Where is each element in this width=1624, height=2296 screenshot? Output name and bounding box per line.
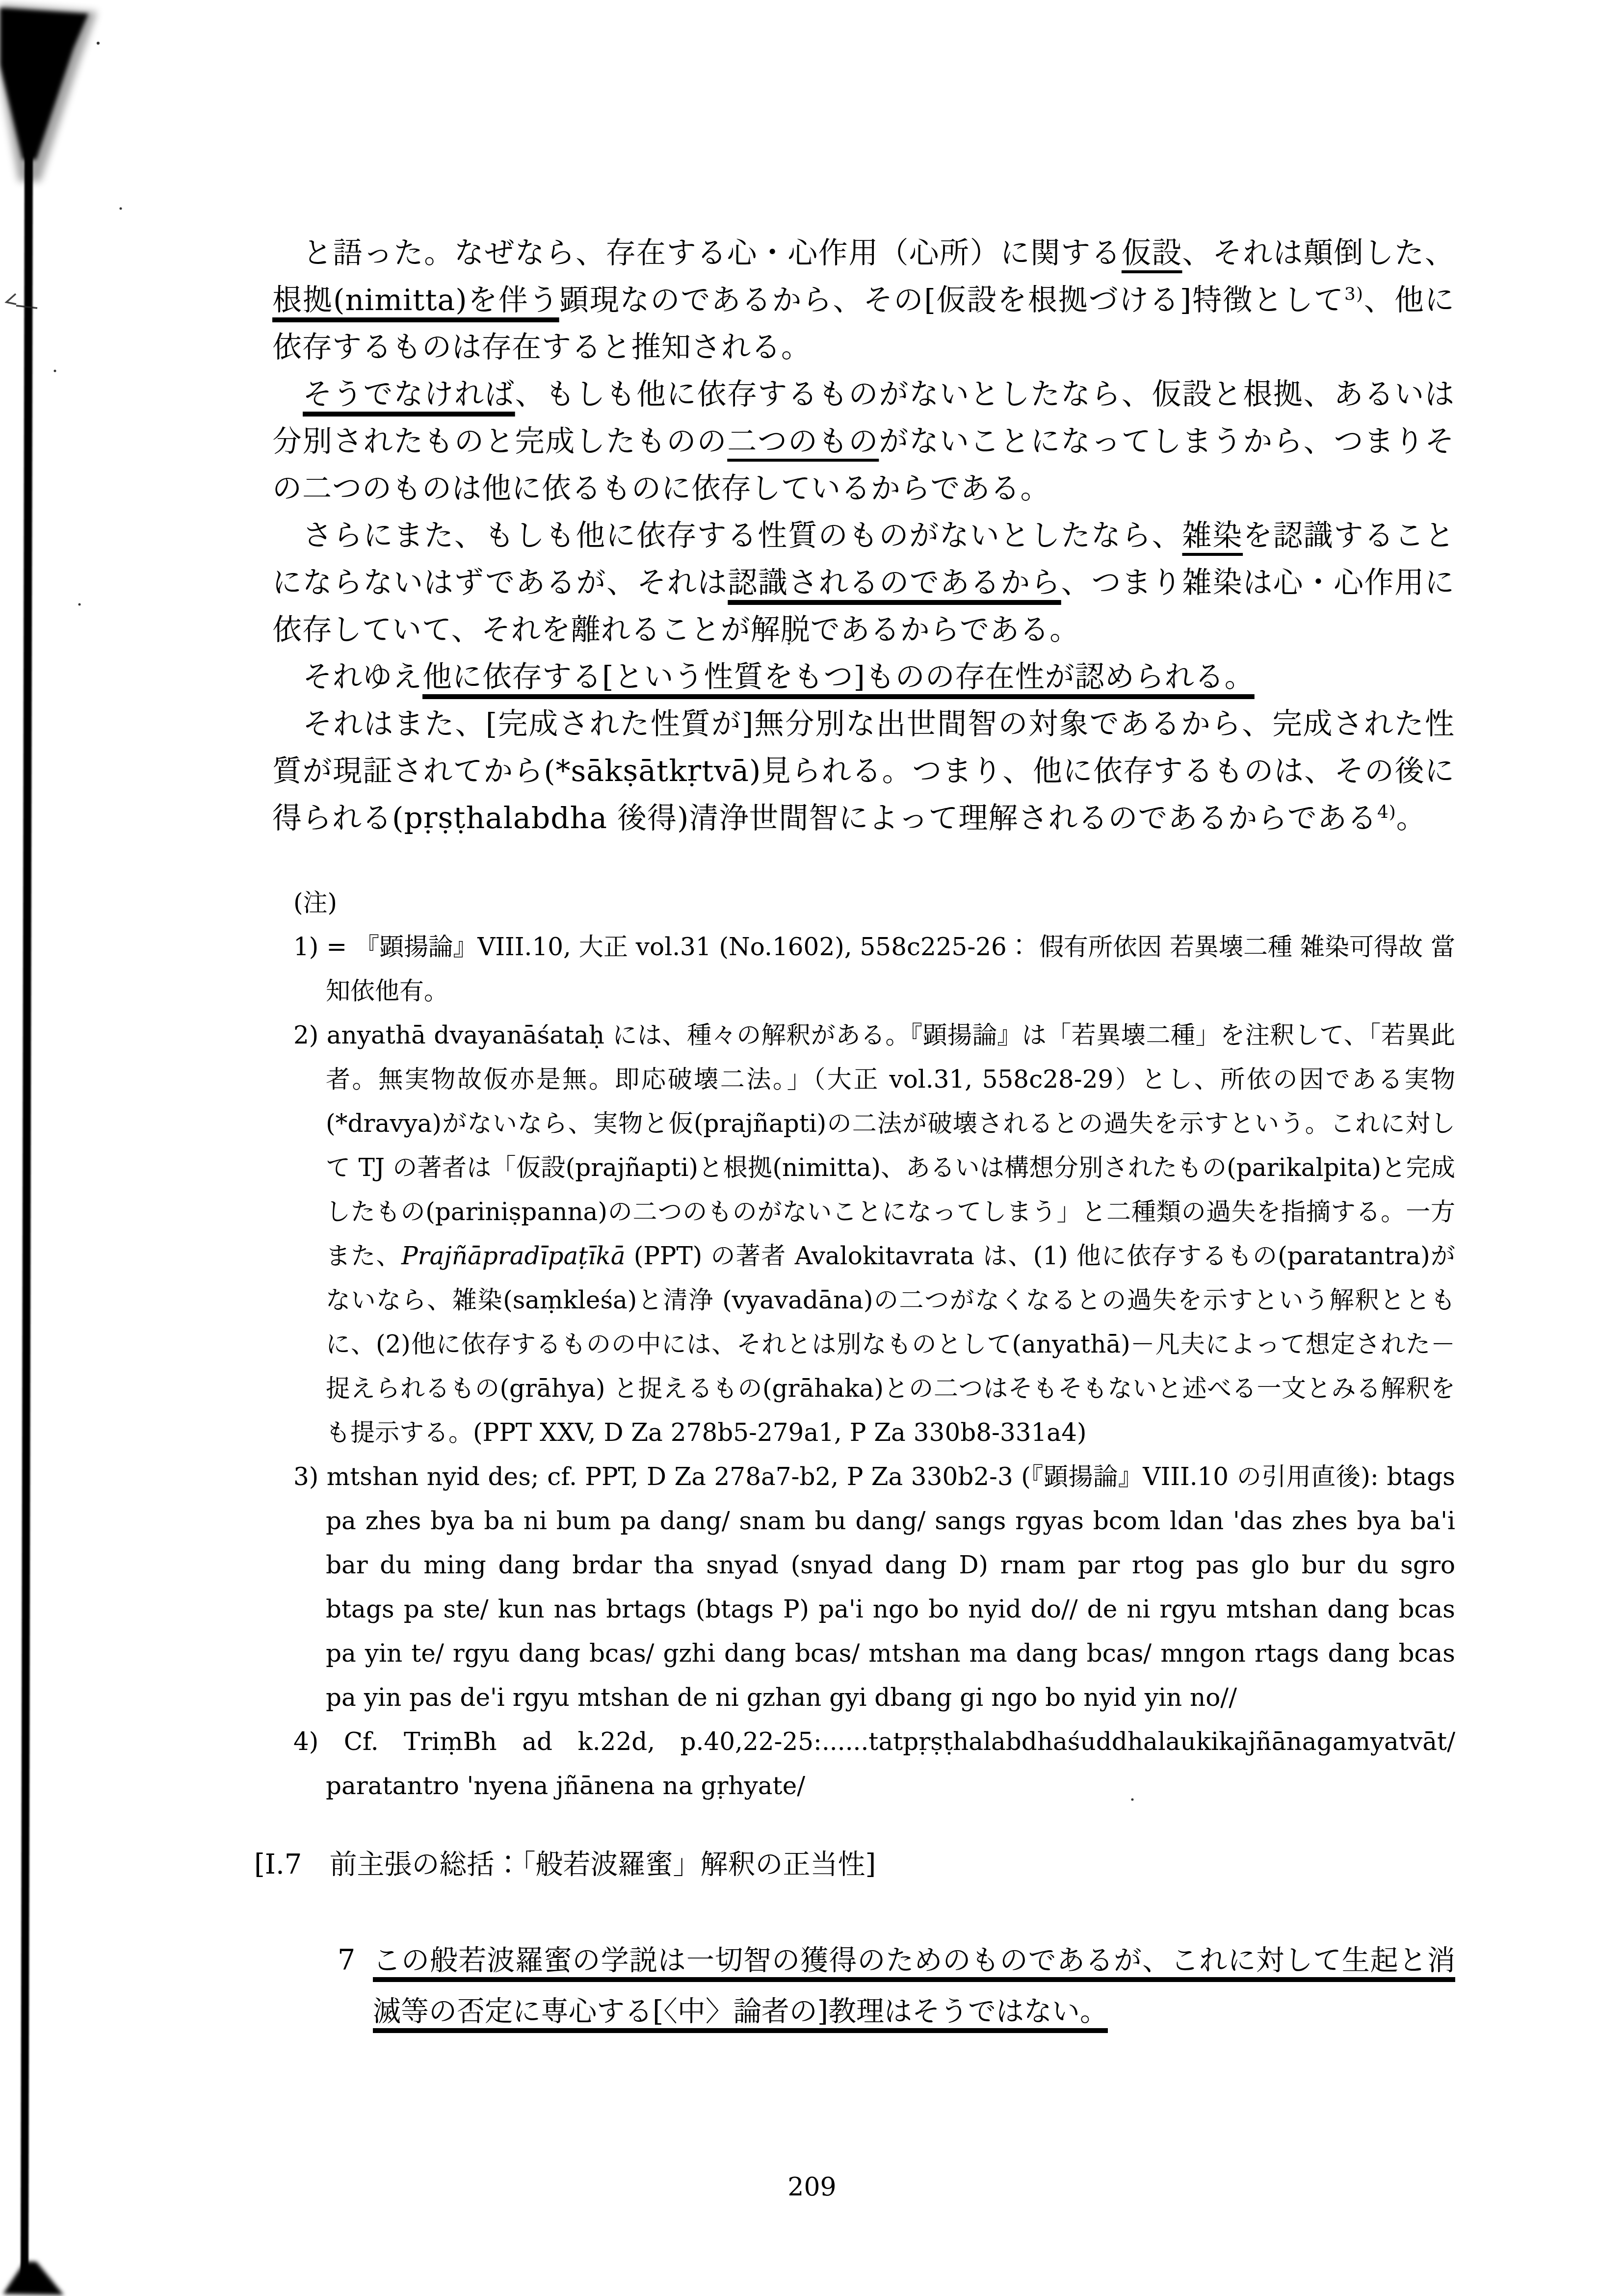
text-run: 。 bbox=[1396, 801, 1426, 835]
notes-section: (注) 1) = 『顕揚論』VIII.10, 大正 vol.31 (No.160… bbox=[293, 881, 1455, 1808]
text-run: 3) bbox=[1344, 284, 1363, 304]
text-run: (PPT) の著者 Avalokitavrata は、(1) 他に依存するもの(… bbox=[326, 1242, 1455, 1447]
text-run: 認識されるのであるから bbox=[728, 566, 1061, 600]
scanned-page: と語った。なぜなら、存在する心・心作用（心所）に関する仮設、それは顛倒した、根拠… bbox=[0, 0, 1624, 2296]
text-run: 雑染 bbox=[1182, 519, 1243, 553]
text-run: 、それは顛倒した、 bbox=[1182, 236, 1455, 270]
text-run: それゆえ bbox=[303, 660, 422, 694]
item-7: 7 この般若波羅蜜の学説は一切智の獲得のためのものであるが、これに対して生起と消… bbox=[338, 1935, 1455, 2037]
scan-artifact-wedge bbox=[0, 8, 88, 159]
text-run: 他に依存する[という性質をもつ]ものの存在性が認められる。 bbox=[422, 660, 1255, 694]
text-run: Prajñāpradīpaṭīkā bbox=[401, 1242, 626, 1270]
item-7-number: 7 bbox=[338, 1935, 355, 1986]
text-run: 4) Cf. TriṃBh ad k.22d, p.40,22-25:.....… bbox=[293, 1727, 1455, 1800]
text-run: 二つのもの bbox=[727, 424, 879, 459]
text-run: 顕現なのであるから、その[仮設を根拠づける]特徴として bbox=[559, 283, 1344, 317]
note-item-2: 2) anyathā dvayanāśataḥ には、種々の解釈がある。『顕揚論… bbox=[293, 1013, 1455, 1455]
paragraph: それゆえ他に依存する[という性質をもつ]ものの存在性が認められる。 bbox=[272, 653, 1455, 701]
scan-artifact-streak bbox=[21, 145, 33, 2281]
pencil-mark bbox=[6, 294, 37, 308]
text-run: 仮設 bbox=[1122, 236, 1182, 270]
text-run: 1) = 『顕揚論』VIII.10, 大正 vol.31 (No.1602), … bbox=[293, 933, 1455, 1005]
paragraph: それはまた、[完成された性質が]無分別な出世間智の対象であるから、完成された性質… bbox=[272, 701, 1455, 842]
text-run: それはまた、[完成された性質が]無分別な出世間智の対象であるから、完成された性質… bbox=[272, 707, 1455, 835]
paragraph: さらにまた、もしも他に依存する性質のものがないとしたなら、雑染を認識することにな… bbox=[272, 512, 1455, 653]
text-run: 2) anyathā dvayanāśataḥ には、種々の解釈がある。『顕揚論… bbox=[293, 1021, 1455, 1270]
section-heading: [I.7 前主張の総括：「般若波羅蜜」解釈の正当性] bbox=[254, 1843, 1451, 1887]
paragraph: と語った。なぜなら、存在する心・心作用（心所）に関する仮設、それは顛倒した、根拠… bbox=[272, 230, 1455, 371]
notes-header: (注) bbox=[293, 881, 1455, 925]
paragraph: そうでなければ、もしも他に依存するものがないとしたなら、仮設と根拠、あるいは分別… bbox=[272, 371, 1455, 512]
note-item-1: 1) = 『顕揚論』VIII.10, 大正 vol.31 (No.1602), … bbox=[293, 925, 1455, 1013]
scan-artifact-foot bbox=[3, 2262, 64, 2295]
note-item-4: 4) Cf. TriṃBh ad k.22d, p.40,22-25:.....… bbox=[293, 1720, 1455, 1808]
text-run: そうでなければ bbox=[303, 377, 515, 412]
text-run: 根拠(nimitta)を伴う bbox=[272, 283, 559, 317]
main-text-block: と語った。なぜなら、存在する心・心作用（心所）に関する仮設、それは顛倒した、根拠… bbox=[272, 230, 1455, 842]
item-7-text: この般若波羅蜜の学説は一切智の獲得のためのものであるが、これに対して生起と消滅等… bbox=[373, 1935, 1455, 2037]
page-number: 209 bbox=[0, 2172, 1624, 2202]
text-run: 3) mtshan nyid des; cf. PPT, D Za 278a7-… bbox=[293, 1462, 1455, 1712]
text-run: さらにまた、もしも他に依存する性質のものがないとしたなら、 bbox=[303, 519, 1182, 553]
text-run: 4) bbox=[1377, 802, 1396, 822]
text-run: と語った。なぜなら、存在する心・心作用（心所）に関する bbox=[303, 236, 1122, 270]
text-run: この般若波羅蜜の学説は一切智の獲得のためのものであるが、これに対して生起と消滅等… bbox=[373, 1944, 1455, 2028]
note-item-3: 3) mtshan nyid des; cf. PPT, D Za 278a7-… bbox=[293, 1455, 1455, 1720]
scan-artifact-wedge-halo bbox=[0, 4, 97, 182]
